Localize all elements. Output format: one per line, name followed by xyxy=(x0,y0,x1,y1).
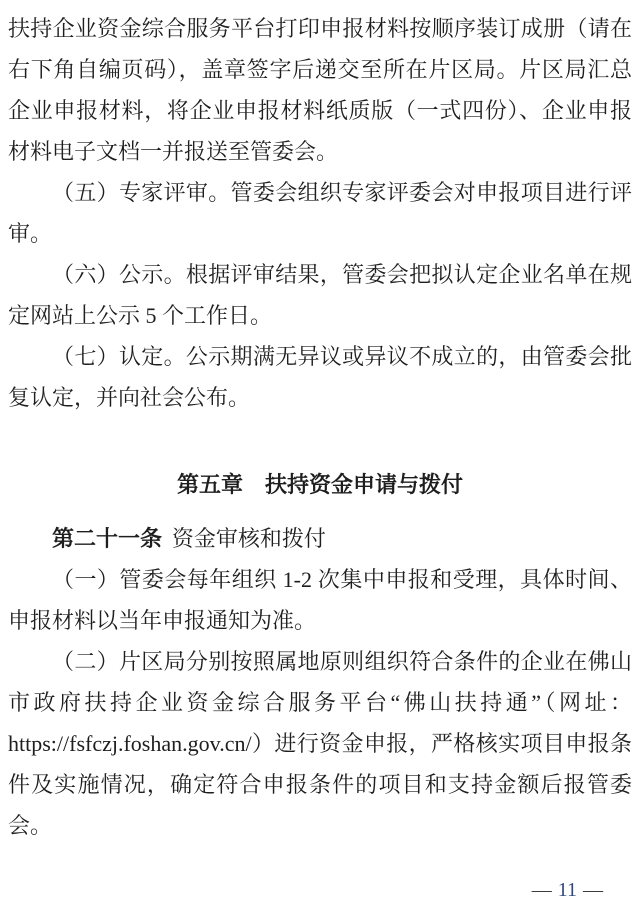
list-item-publicity: （六）公示。根据评审结果，管委会把拟认定企业名单在规定网站上公示 5 个工作日。 xyxy=(8,254,632,336)
list-item-recognition: （七）认定。公示期满无异议或异议不成立的，由管委会批复认定，并向社会公布。 xyxy=(8,336,632,418)
chapter-heading: 第五章 扶持资金申请与拨付 xyxy=(8,464,632,505)
footer-dash-left: — xyxy=(532,879,552,901)
article-item-application-intake: （一）管委会每年组织 1-2 次集中申报和受理，具体时间、申报材料以当年申报通知… xyxy=(8,559,632,641)
document-page: 扶持企业资金综合服务平台打印申报材料按顺序装订成册（请在右下角自编页码），盖章签… xyxy=(0,0,640,915)
footer-dash-right: — xyxy=(583,879,603,901)
page-footer: —11— xyxy=(8,876,632,904)
intro-paragraph: 扶持企业资金综合服务平台打印申报材料按顺序装订成册（请在右下角自编页码），盖章签… xyxy=(8,8,632,172)
article-title: 资金审核和拨付 xyxy=(172,526,326,551)
list-item-expert-review: （五）专家评审。管委会组织专家评委会对申报项目进行评审。 xyxy=(8,172,632,254)
article-number: 第二十一条 xyxy=(52,526,162,551)
page-number: 11 xyxy=(558,879,577,901)
article-item-district-bureau: （二）片区局分别按照属地原则组织符合条件的企业在佛山市政府扶持企业资金综合服务平… xyxy=(8,641,632,846)
article-line: 第二十一条资金审核和拨付 xyxy=(8,518,632,559)
